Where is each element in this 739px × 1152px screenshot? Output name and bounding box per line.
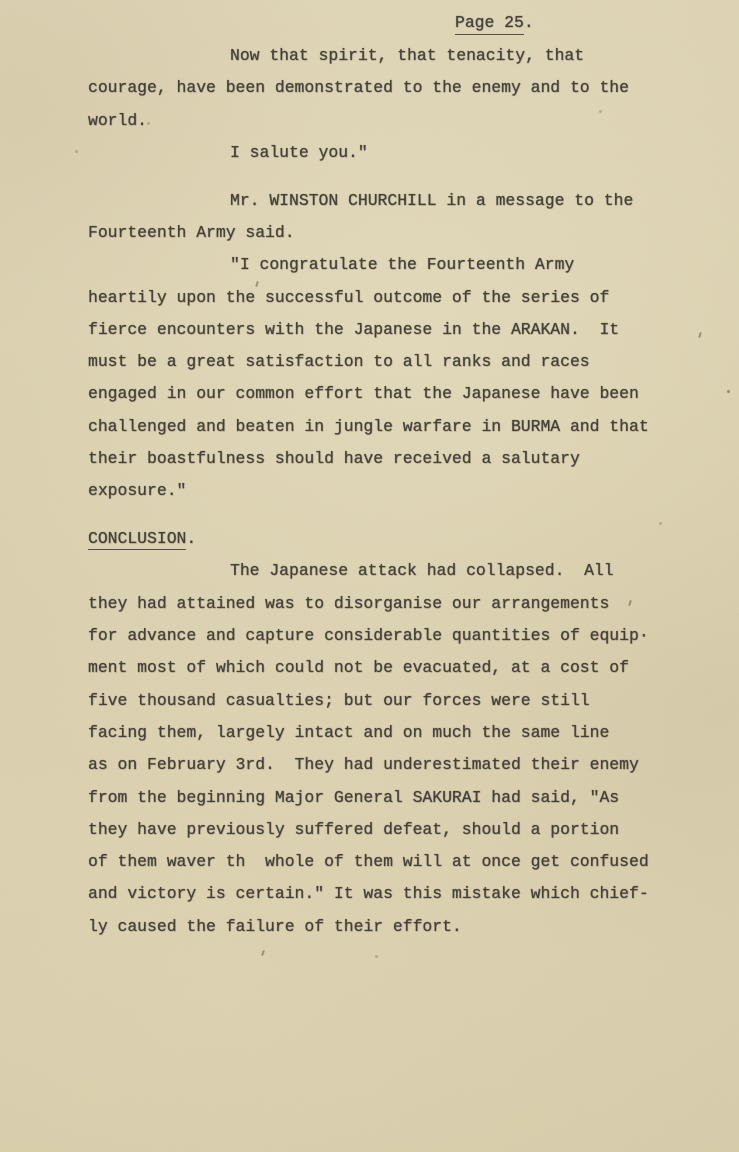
document-line: fierce encounters with the Japanese in t… bbox=[88, 314, 688, 346]
paper-speck bbox=[261, 950, 265, 956]
document-line: "I congratulate the Fourteenth Army bbox=[88, 249, 688, 281]
document-line: of them waver th whole of them will at o… bbox=[88, 846, 688, 878]
document-line: ly caused the failure of their effort. bbox=[88, 911, 688, 943]
page-number-text: Page 25 bbox=[455, 13, 524, 35]
document-line: I salute you." bbox=[88, 137, 688, 169]
document-line: Fourteenth Army said. bbox=[88, 217, 688, 249]
document-line: courage, have been demonstrated to the e… bbox=[88, 72, 688, 104]
page-number: Page 25. bbox=[455, 13, 534, 32]
document-line: they had attained was to disorganise our… bbox=[88, 588, 688, 620]
document-line: as on February 3rd. They had underestima… bbox=[88, 749, 688, 781]
document-line: for advance and capture considerable qua… bbox=[88, 620, 688, 652]
paper-speck bbox=[75, 150, 78, 153]
document-line: and victory is certain." It was this mis… bbox=[88, 878, 688, 910]
document-line: heartily upon the successful outcome of … bbox=[88, 282, 688, 314]
document-line: ment most of which could not be evacuate… bbox=[88, 652, 688, 684]
document-line: engaged in our common effort that the Ja… bbox=[88, 378, 688, 410]
paper-speck bbox=[698, 332, 702, 338]
document-line: from the beginning Major General SAKURAI… bbox=[88, 782, 688, 814]
document-line: Mr. WINSTON CHURCHILL in a message to th… bbox=[88, 185, 688, 217]
paper-speck bbox=[375, 955, 378, 958]
document-line: five thousand casualties; but our forces… bbox=[88, 685, 688, 717]
document-line: The Japanese attack had collapsed. All bbox=[88, 555, 688, 587]
paper-speck bbox=[727, 390, 730, 393]
document-line: challenged and beaten in jungle warfare … bbox=[88, 411, 688, 443]
document-line: they have previously suffered defeat, sh… bbox=[88, 814, 688, 846]
document-line: CONCLUSION. bbox=[88, 523, 688, 555]
section-heading: CONCLUSION bbox=[88, 529, 186, 550]
page-number-period: . bbox=[524, 13, 534, 32]
document-line: world. bbox=[88, 105, 688, 137]
document-line: must be a great satisfaction to all rank… bbox=[88, 346, 688, 378]
document-line: Now that spirit, that tenacity, that bbox=[88, 40, 688, 72]
document-line: facing them, largely intact and on much … bbox=[88, 717, 688, 749]
text-column: Now that spirit, that tenacity, thatcour… bbox=[88, 40, 688, 943]
document-line: exposure." bbox=[88, 475, 688, 507]
document-page: Page 25. Now that spirit, that tenacity,… bbox=[0, 0, 739, 1152]
document-line: their boastfulness should have received … bbox=[88, 443, 688, 475]
